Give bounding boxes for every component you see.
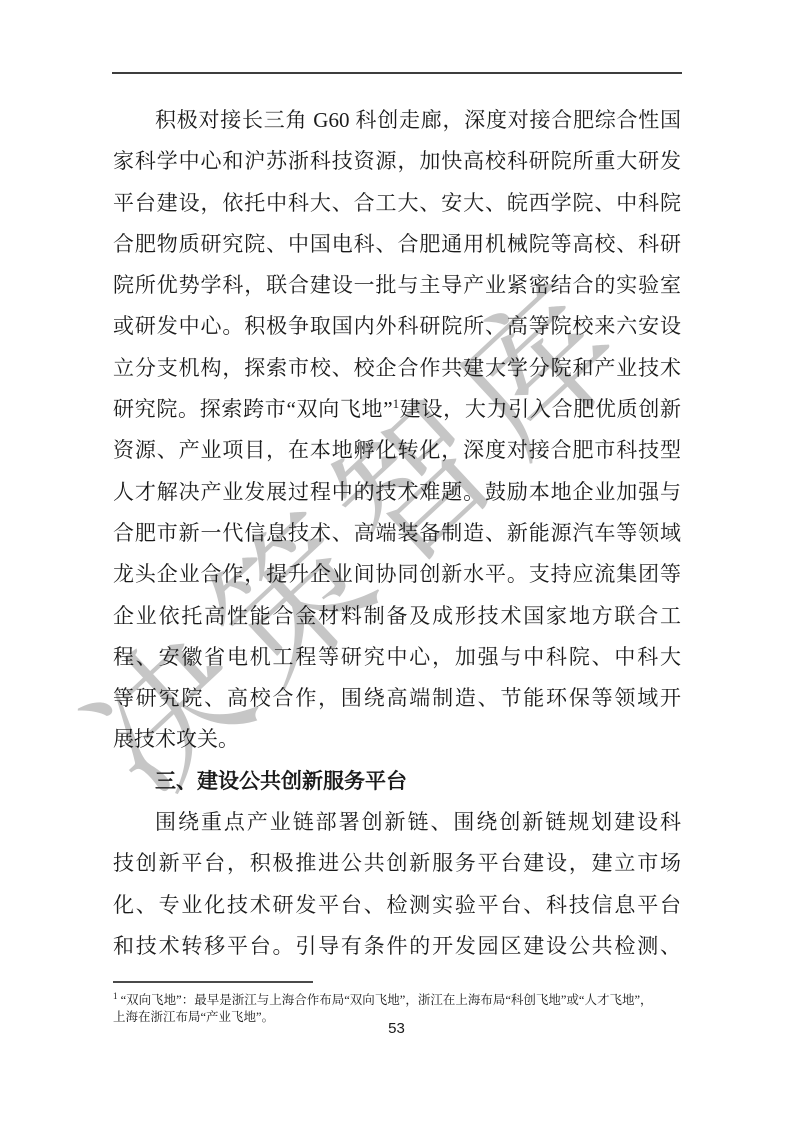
paragraph-line: 合肥物质研究院、中国电科、合肥通用机械院等高校、科研 — [113, 224, 681, 265]
header-rule — [112, 72, 682, 74]
paragraph-line: 积极对接长三角 G60 科创走廊，深度对接合肥综合性国 — [113, 100, 681, 141]
page-number: 53 — [0, 1021, 793, 1036]
paragraph-line: 展技术攻关。 — [113, 719, 681, 760]
paragraph-line: 程、安徽省电机工程等研究中心，加强与中科院、中科大 — [113, 637, 681, 678]
paragraph-line: 院所优势学科，联合建设一批与主导产业紧密结合的实验室 — [113, 265, 681, 306]
paragraph-line: 资源、产业项目，在本地孵化转化，深度对接合肥市科技型 — [113, 430, 681, 471]
paragraph-line: 合肥市新一代信息技术、高端装备制造、新能源汽车等领域 — [113, 513, 681, 554]
paragraph-line: 家科学中心和沪苏浙科技资源，加快高校科研院所重大研发 — [113, 141, 681, 182]
paragraph-line: 企业依托高性能合金材料制备及成形技术国家地方联合工 — [113, 596, 681, 637]
paragraph-line: 技创新平台，积极推进公共创新服务平台建设，建立市场 — [113, 843, 681, 884]
paragraph-line: 和技术转移平台。引导有条件的开发园区建设公共检测、 — [113, 926, 681, 967]
paragraph-line: 围绕重点产业链部署创新链、围绕创新链规划建设科 — [113, 802, 681, 843]
footnote-line: 1 “双向飞地”：最早是浙江与上海合作布局“双向飞地”，浙江在上海布局“科创飞地… — [113, 992, 733, 1009]
footnote-separator-rule — [113, 981, 313, 983]
paragraph-line: 或研发中心。积极争取国内外科研院所、高等院校来六安设 — [113, 306, 681, 347]
line-text: 研究院。探索跨市“双向飞地” — [113, 397, 393, 421]
paragraph-line-with-footnote-ref: 研究院。探索跨市“双向飞地”1建设，大力引入合肥优质创新 — [113, 389, 681, 430]
footnote-area: 1 “双向飞地”：最早是浙江与上海合作布局“双向飞地”，浙江在上海布局“科创飞地… — [113, 981, 733, 1026]
document-page: 决策智库 积极对接长三角 G60 科创走廊，深度对接合肥综合性国 家科学中心和沪… — [0, 0, 793, 1122]
paragraph-line: 化、专业化技术研发平台、检测实验平台、科技信息平台 — [113, 885, 681, 926]
paragraph-line: 平台建设，依托中科大、合工大、安大、皖西学院、中科院 — [113, 183, 681, 224]
paragraph-line: 龙头企业合作，提升企业间协同创新水平。支持应流集团等 — [113, 554, 681, 595]
line-text: 建设，大力引入合肥优质创新 — [399, 397, 681, 421]
page-body: 积极对接长三角 G60 科创走廊，深度对接合肥综合性国 家科学中心和沪苏浙科技资… — [113, 100, 681, 967]
footnote-marker: 1 — [113, 990, 118, 1000]
paragraph-line: 等研究院、高校合作，围绕高端制造、节能环保等领域开 — [113, 678, 681, 719]
footnote-text: “双向飞地”：最早是浙江与上海合作布局“双向飞地”，浙江在上海布局“科创飞地”或… — [121, 993, 653, 1007]
section-heading: 三、建设公共创新服务平台 — [113, 761, 681, 802]
paragraph-line: 人才解决产业发展过程中的技术难题。鼓励本地企业加强与 — [113, 472, 681, 513]
paragraph-line: 立分支机构，探索市校、校企合作共建大学分院和产业技术 — [113, 348, 681, 389]
